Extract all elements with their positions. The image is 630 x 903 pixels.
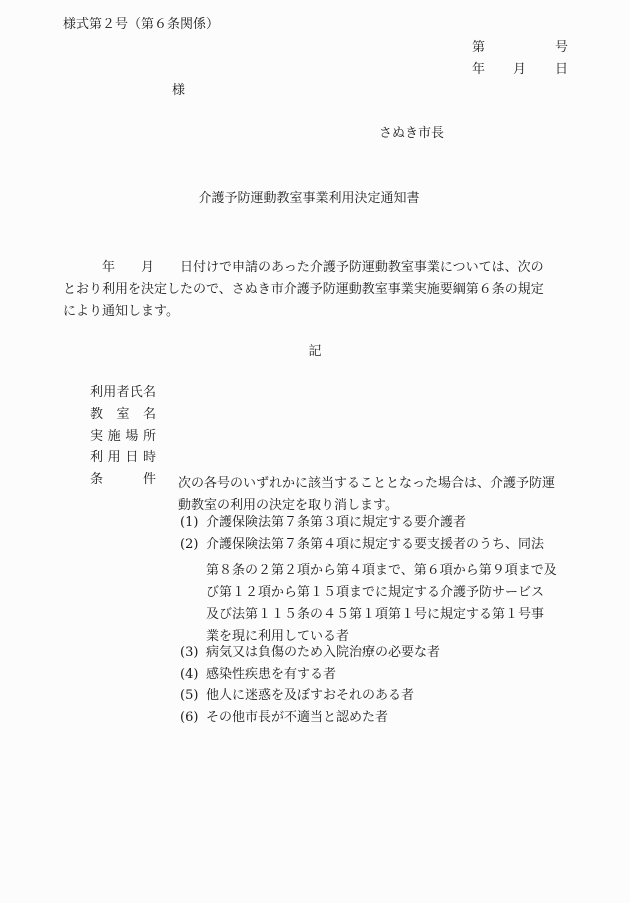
item-text: 介護保険法第７条第３項に規定する要介護者 [206, 515, 466, 530]
date-day-label: 日 [555, 63, 568, 76]
item-number: (6) [180, 711, 206, 724]
body-line: により通知します。 [63, 301, 567, 323]
item-text: 感染性疾患を有する者 [206, 667, 336, 682]
date-month-label: 月 [513, 63, 526, 76]
document-title: 介護予防運動教室事業利用決定通知書 [0, 192, 624, 205]
doc-number-prefix: 第 [472, 41, 485, 54]
condition-item: (2)介護保険法第７条第４項に規定する要支援者のうち、同法 [180, 538, 544, 551]
item-number: (3) [180, 646, 206, 659]
field-label-venue: 実施場所 [90, 430, 156, 443]
field-label-user-name: 利用者氏名 [90, 386, 156, 399]
date-year-label: 年 [472, 63, 485, 76]
item-text: 第８条の２第２項から第４項まで、第６項から第９項まで及 [206, 560, 557, 582]
condition-item: (3)病気又は負傷のため入院治療の必要な者 [180, 646, 440, 659]
item-number: (4) [180, 668, 206, 681]
item-text: び第１２項から第１５項までに規定する介護予防サービス [206, 582, 557, 604]
item-number: (1) [180, 516, 206, 529]
item-text: その他市長が不適当と認めた者 [206, 710, 388, 725]
item-text: 介護保険法第７条第４項に規定する要支援者のうち、同法 [206, 537, 544, 552]
item-number: (5) [180, 689, 206, 702]
item-text: 他人に迷惑を及ぼすおそれのある者 [206, 688, 414, 703]
condition-item: (5)他人に迷惑を及ぼすおそれのある者 [180, 689, 414, 702]
doc-number-suffix: 号 [555, 41, 568, 54]
conditions-intro-line: 次の各号のいずれかに該当することとなった場合は、介護予防運 [178, 473, 555, 495]
item-text: 病気又は負傷のため入院治療の必要な者 [206, 645, 440, 660]
field-label-datetime: 利用日時 [90, 451, 156, 464]
condition-item: (1)介護保険法第７条第３項に規定する要介護者 [180, 516, 466, 529]
item-number: (2) [180, 538, 206, 551]
sender: さぬき市長 [379, 127, 444, 140]
item-text: 及び法第１１５条の４５第１項第１号に規定する第１号事 [206, 604, 557, 626]
condition-item: (6)その他市長が不適当と認めた者 [180, 711, 388, 724]
body-line: 年 月 日付けで申請のあった介護予防運動教室事業については、次の [63, 257, 567, 279]
field-label-class-name: 教室名 [90, 408, 156, 421]
condition-item: (4)感染性疾患を有する者 [180, 668, 336, 681]
ki-heading: 記 [0, 345, 630, 358]
conditions-intro-line: 動教室の利用の決定を取り消します。 [178, 495, 555, 517]
body-paragraph: 年 月 日付けで申請のあった介護予防運動教室事業については、次の とおり利用を決… [63, 257, 567, 323]
body-line: とおり利用を決定したので、さぬき市介護予防運動教室事業実施要綱第６条の規定 [63, 279, 567, 301]
condition-item-continuation: 第８条の２第２項から第４項まで、第６項から第９項まで及 び第１２項から第１５項ま… [206, 560, 557, 648]
conditions-intro: 次の各号のいずれかに該当することとなった場合は、介護予防運 動教室の利用の決定を… [178, 473, 555, 517]
field-label-conditions: 条件 [90, 473, 156, 486]
form-number: 様式第２号（第６条関係） [63, 18, 219, 31]
addressee-suffix: 様 [172, 84, 185, 97]
